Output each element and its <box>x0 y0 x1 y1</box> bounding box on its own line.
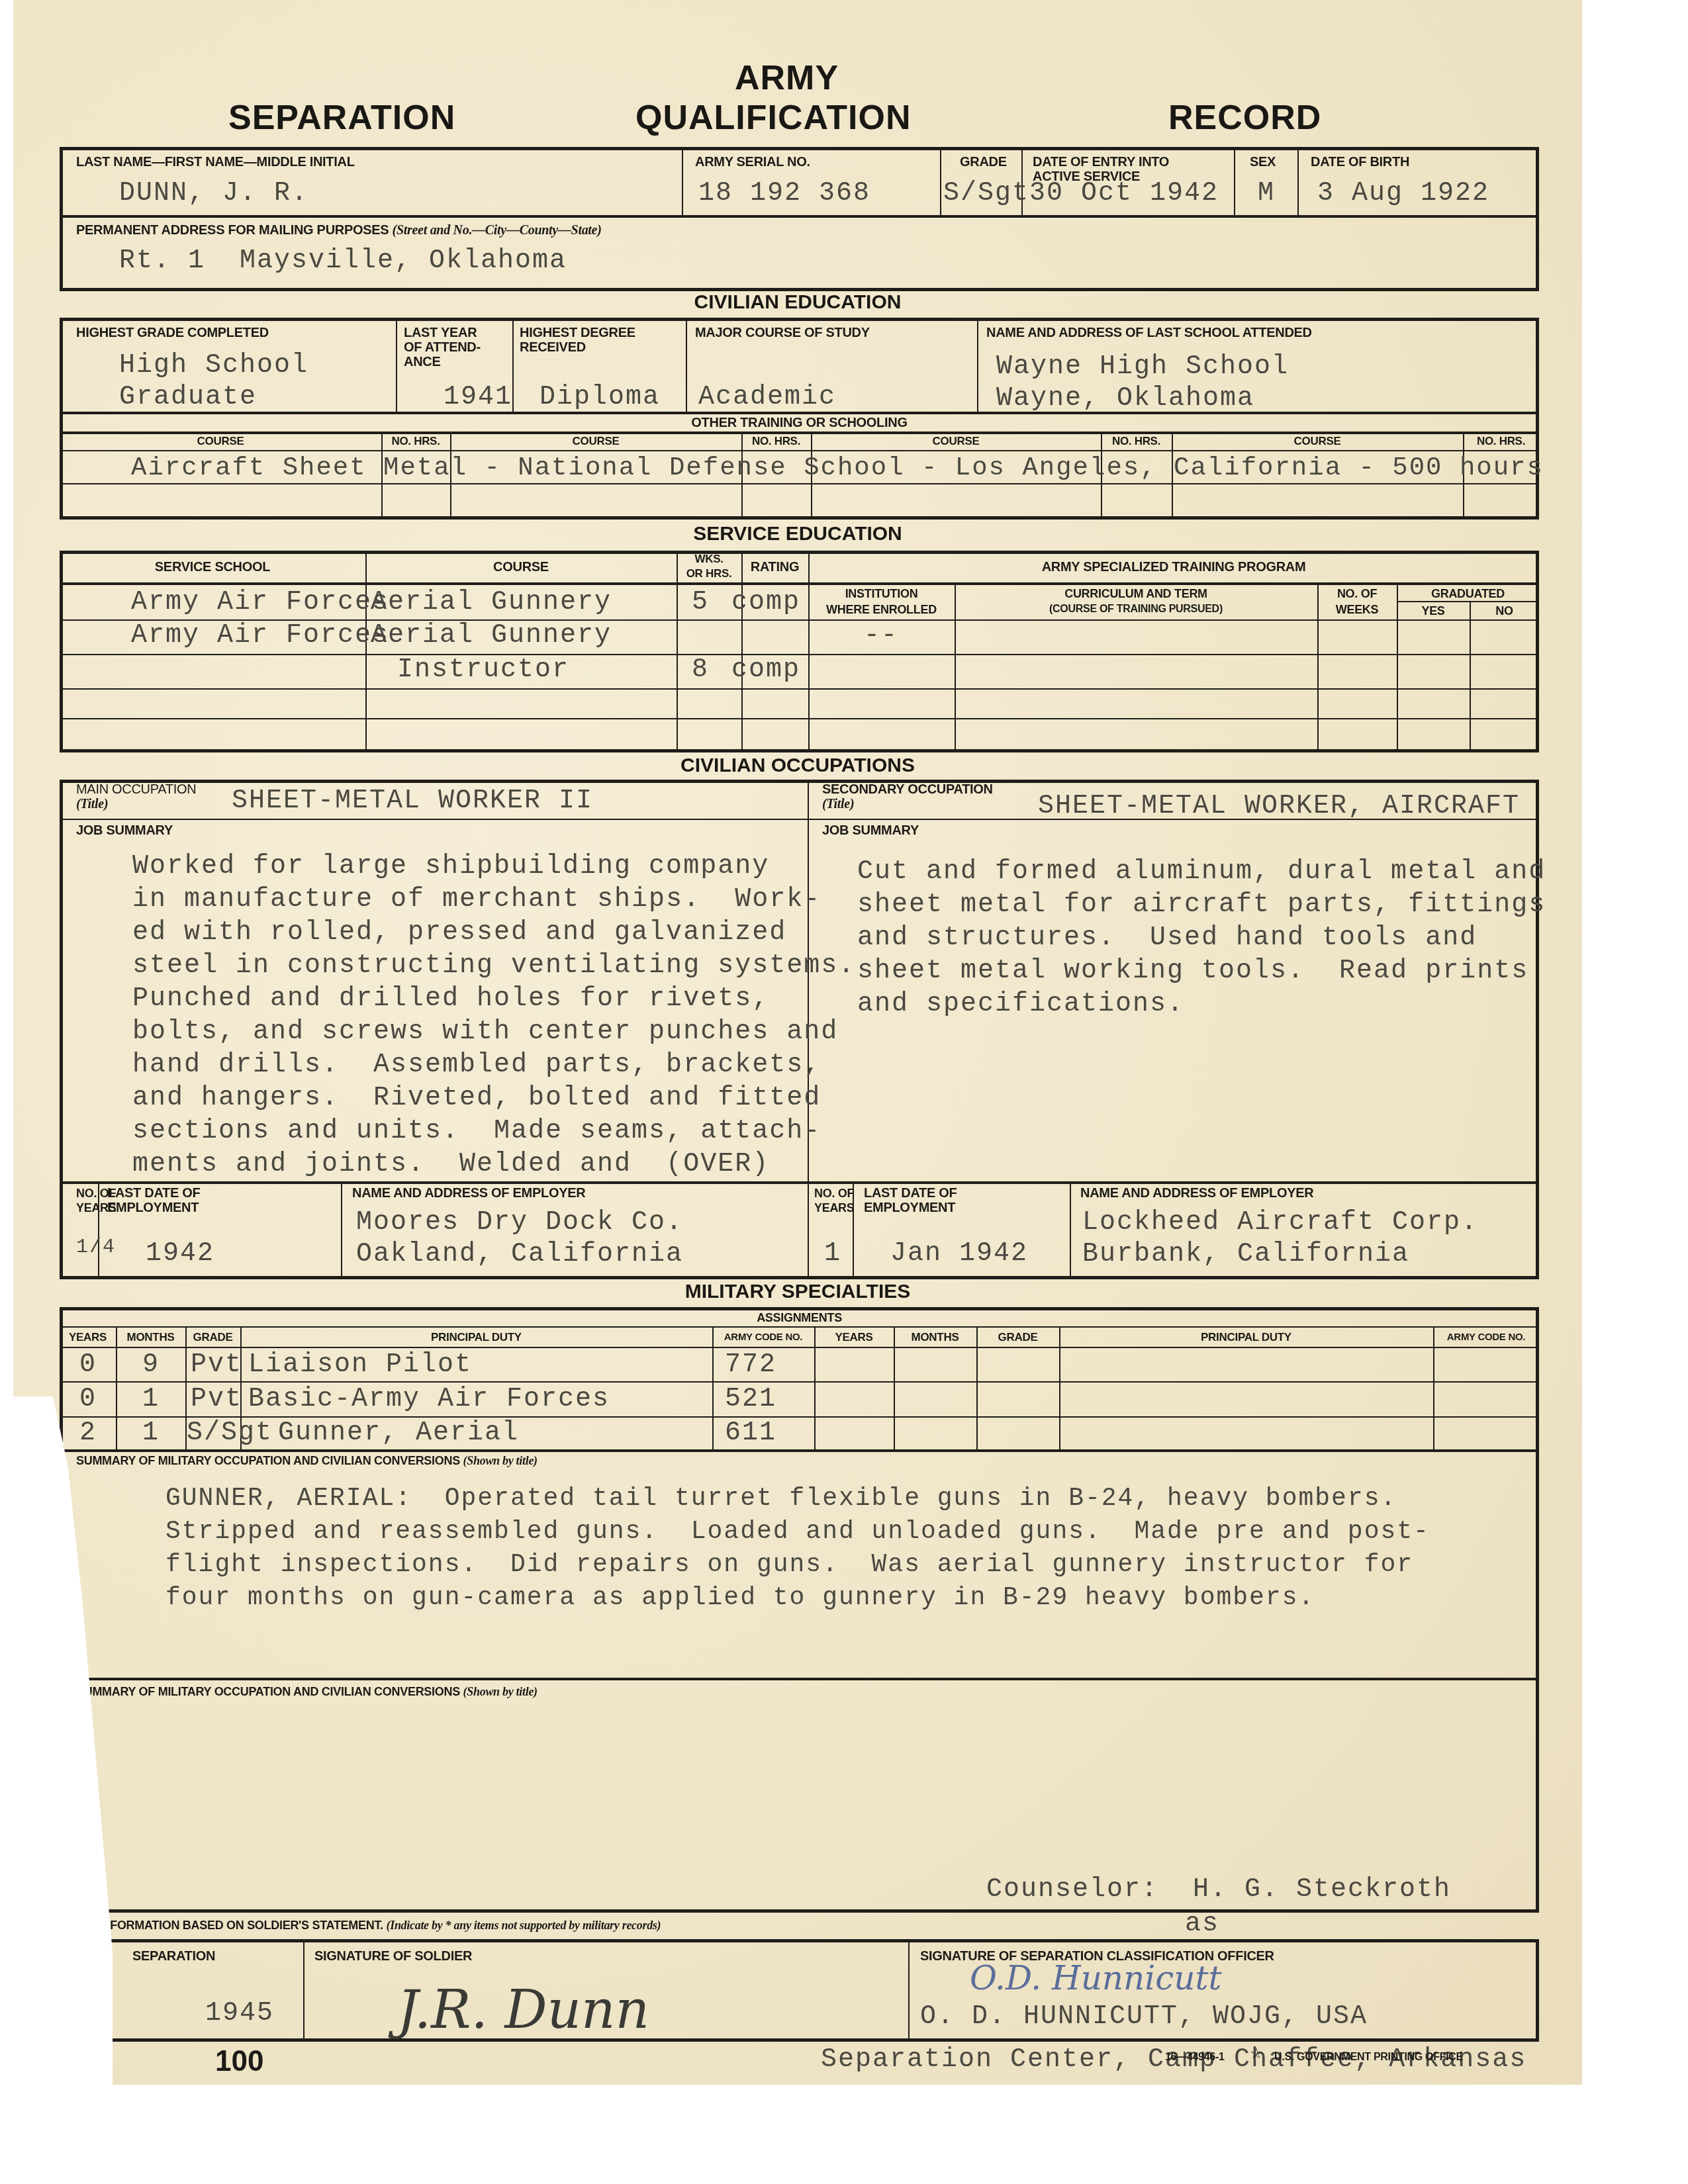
secondary-job-summary-text: Cut and formed aluminum, dural metal and… <box>857 856 1546 1021</box>
main-job-summary-label: JOB SUMMARY <box>76 823 173 838</box>
graduated-header: GRADUATED <box>1397 586 1539 601</box>
service-row-school: Army Air Forces <box>131 621 389 651</box>
dob-label: DATE OF BIRTH <box>1311 155 1409 169</box>
main-last-date-label-1: LAST DATE OF <box>107 1186 200 1201</box>
secondary-last-date-value: Jan 1942 <box>890 1239 1028 1269</box>
assignment-code: 772 <box>725 1350 776 1380</box>
last-year-value: 1941 <box>444 383 512 412</box>
mil-summary-text: GUNNER, AERIAL: Operated tail turret fle… <box>165 1482 1430 1615</box>
officer-name: O. D. HUNNICUTT, WOJG, USA <box>920 2002 1368 2032</box>
main-occupation-label: MAIN OCCUPATION <box>76 782 196 797</box>
major-label: MAJOR COURSE OF STUDY <box>695 326 870 340</box>
mil-summary-label: SUMMARY OF MILITARY OCCUPATION AND CIVIL… <box>76 1453 538 1468</box>
address-label: PERMANENT ADDRESS FOR MAILING PURPOSES (… <box>76 223 602 238</box>
secondary-last-date-label-1: LAST DATE OF <box>864 1186 957 1201</box>
mil-grade-header-left: GRADE <box>185 1330 240 1345</box>
assignment-code: 521 <box>725 1385 776 1414</box>
separation-date-label: SEPARATION <box>132 1949 215 1964</box>
print-code: 16—44946-1 <box>1165 2050 1225 2065</box>
assignment-grade: Pvt <box>191 1385 242 1414</box>
institution-header-1: INSTITUTION <box>808 586 955 601</box>
main-last-date-value: 1942 <box>146 1239 214 1269</box>
civilian-education-title: CIVILIAN EDUCATION <box>13 291 1582 314</box>
separation-year: 1945 <box>205 1999 274 2028</box>
highest-grade-line2: Graduate <box>119 383 257 412</box>
highest-grade-line1: High School <box>119 351 308 381</box>
assignment-months: 1 <box>142 1385 160 1414</box>
assignment-years: 0 <box>79 1385 97 1414</box>
service-row-course: Instructor <box>397 655 569 685</box>
service-row-wks: 8 <box>692 655 709 685</box>
service-row-wks: 5 <box>692 588 709 617</box>
hrs-header-2: No. HRS. <box>741 434 811 449</box>
grade-label: GRADE <box>960 155 1007 169</box>
last-year-label-3: ANCE <box>404 355 440 369</box>
course-header-4: COURSE <box>1172 434 1463 449</box>
assignment-grade: Pvt <box>191 1350 242 1380</box>
statement-label: HIS INFORMATION BASED ON SOLDIER'S STATE… <box>76 1918 661 1933</box>
main-employer-line1: Moores Dry Dock Co. <box>356 1208 683 1238</box>
main-last-date-label-2: EMPLOYMENT <box>107 1201 199 1215</box>
secondary-years-label-2: YEARS <box>814 1201 855 1215</box>
school-line1: Wayne High School <box>996 352 1289 382</box>
degree-label-2: RECEIVED <box>520 340 586 355</box>
document-page: ARMY SEPARATION QUALIFICATION RECORD LAS… <box>13 0 1582 2085</box>
secondary-occupation-value: SHEET-METAL WORKER, AIRCRAFT <box>1038 792 1520 821</box>
serial-value: 18 192 368 <box>698 179 870 208</box>
degree-label-1: HIGHEST DEGREE <box>520 326 635 340</box>
mil-code-header-left: ARMY CODE NO. <box>712 1330 814 1345</box>
rating-header: RATING <box>741 560 808 574</box>
form-number: 100 <box>215 2045 263 2078</box>
secondary-job-summary-label: JOB SUMMARY <box>822 823 919 838</box>
main-employer-label: NAME AND ADDRESS OF EMPLOYER <box>352 1186 585 1201</box>
service-school-header: SERVICE SCHOOL <box>60 560 365 574</box>
hrs-header-3: No. HRS. <box>1101 434 1172 449</box>
secondary-employer-line1: Lockheed Aircraft Corp. <box>1082 1208 1478 1238</box>
wks-header-2: OR HRS. <box>677 567 741 581</box>
printer-imprint: U.S. GOVERNMENT PRINTING OFFICE <box>1274 2050 1463 2065</box>
weeks-header-1: NO. OF <box>1317 586 1397 601</box>
secondary-years-value: 1 <box>824 1239 841 1269</box>
main-years-value: 1/4 <box>76 1236 116 1259</box>
serial-label: ARMY SERIAL NO. <box>695 155 810 169</box>
military-specialties-title: MILITARY SPECIALTIES <box>13 1281 1582 1303</box>
main-job-summary-text: Worked for large shipbuilding company in… <box>132 850 855 1181</box>
civilian-occupations-title: CIVILIAN OCCUPATIONS <box>13 754 1582 777</box>
course-header-2: COURSE <box>450 434 741 449</box>
mil-months-header-right: MONTHS <box>894 1330 976 1345</box>
other-training-title: OTHER TRAINING OR SCHOOLING <box>60 416 1539 430</box>
service-education-title: SERVICE EDUCATION <box>13 523 1582 545</box>
title-qualification: QUALIFICATION <box>635 98 911 138</box>
address-value: Rt. 1 Maysville, Oklahoma <box>119 246 567 276</box>
secondary-last-date-label-2: EMPLOYMENT <box>864 1201 955 1215</box>
title-separation: SEPARATION <box>228 98 455 138</box>
counselor-name: Counselor: H. G. Steckroth <box>986 1875 1451 1905</box>
assignment-years: 0 <box>79 1350 97 1380</box>
highest-grade-label: HIGHEST GRADE COMPLETED <box>76 326 269 340</box>
service-row-course: Aerial Gunnery <box>371 621 612 651</box>
secondary-employer-label: NAME AND ADDRESS OF EMPLOYER <box>1080 1186 1313 1201</box>
graduated-yes-header: YES <box>1397 604 1470 618</box>
course-header-1: COURSE <box>60 434 381 449</box>
secondary-occupation-label: SECONDARY OCCUPATION <box>822 782 993 797</box>
mil-years-header-right: YEARS <box>814 1330 894 1345</box>
service-row-institution: -- <box>864 621 898 651</box>
hrs-header-1: No. HRS. <box>381 434 450 449</box>
assignment-months: 9 <box>142 1350 160 1380</box>
entry-value: 30 Oct 1942 <box>1029 179 1219 208</box>
star-icon: ☆ <box>1250 2045 1263 2062</box>
main-occupation-value: SHEET-METAL WORKER II <box>232 786 593 816</box>
dob-value: 3 Aug 1922 <box>1317 179 1489 208</box>
service-course-header: COURSE <box>365 560 677 574</box>
sex-label: SEX <box>1250 155 1276 169</box>
wks-header-1: WKS. <box>677 552 741 567</box>
assignment-duty: Basic-Army Air Forces <box>248 1385 610 1414</box>
assignment-months: 1 <box>142 1418 160 1448</box>
title-army: ARMY <box>735 58 839 98</box>
major-value: Academic <box>698 383 836 412</box>
service-row-school: Army Air Forces <box>131 588 389 617</box>
assignment-code: 611 <box>725 1418 776 1448</box>
assignments-label: ASSIGNMENTS <box>60 1310 1539 1325</box>
officer-signature: O.D. Hunnicutt <box>970 1959 1222 1997</box>
mil-months-header-left: MONTHS <box>116 1330 185 1345</box>
graduated-no-header: NO <box>1470 604 1539 618</box>
curriculum-header-2: (COURSE OF TRAINING PURSUED) <box>955 602 1317 617</box>
weeks-header-2: WEEKS <box>1317 602 1397 617</box>
hrs-header-4: No. HRS. <box>1463 434 1539 449</box>
assignment-grade: S/Sgt <box>187 1418 273 1448</box>
title-record: RECORD <box>1168 98 1321 138</box>
service-row-rating: comp <box>731 588 800 617</box>
service-row-course: Aerial Gunnery <box>371 588 612 617</box>
name-value: DUNN, J. R. <box>119 179 308 208</box>
sex-value: M <box>1258 179 1275 208</box>
astp-header: ARMY SPECIALIZED TRAINING PROGRAM <box>808 560 1539 574</box>
assignment-duty: Liaison Pilot <box>248 1350 472 1380</box>
main-occupation-title-hint: (Title) <box>76 797 108 811</box>
statement-mark: as <box>1185 1909 1219 1939</box>
soldier-signature-label: SIGNATURE OF SOLDIER <box>314 1949 472 1964</box>
institution-header-2: WHERE ENROLLED <box>808 602 955 617</box>
mil-code-header-right: ARMY CODE NO. <box>1433 1330 1539 1345</box>
mil-duty-header-right: PRINCIPAL DUTY <box>1059 1330 1433 1345</box>
assignment-duty: Gunner, Aerial <box>278 1418 519 1448</box>
other-training-value: Aircraft Sheet Metal - National Defense … <box>131 453 1544 482</box>
main-employer-line2: Oakland, California <box>356 1240 683 1269</box>
last-year-label-2: OF ATTEND- <box>404 340 481 355</box>
name-label: LAST NAME—FIRST NAME—MIDDLE INITIAL <box>76 155 355 169</box>
school-label: NAME AND ADDRESS OF LAST SCHOOL ATTENDED <box>986 326 1312 340</box>
school-line2: Wayne, Oklahoma <box>996 384 1254 414</box>
grade-value: S/Sgt <box>943 179 1029 208</box>
mil-years-header-left: YEARS <box>60 1330 116 1345</box>
secondary-employer-line2: Burbank, California <box>1082 1240 1409 1269</box>
soldier-signature: J.R. Dunn <box>397 1979 649 2040</box>
last-year-label-1: LAST YEAR <box>404 326 477 340</box>
mil-duty-header-left: PRINCIPAL DUTY <box>240 1330 712 1345</box>
service-row-rating: comp <box>731 655 800 685</box>
degree-value: Diploma <box>539 383 660 412</box>
curriculum-header-1: CURRICULUM AND TERM <box>955 586 1317 601</box>
mil-summary2-label: SUMMARY OF MILITARY OCCUPATION AND CIVIL… <box>76 1684 538 1699</box>
mil-grade-header-right: GRADE <box>976 1330 1059 1345</box>
course-header-3: COURSE <box>811 434 1101 449</box>
secondary-occupation-title-hint: (Title) <box>822 797 854 811</box>
entry-label-1: DATE OF ENTRY INTO <box>1033 155 1169 169</box>
assignment-years: 2 <box>79 1418 97 1448</box>
secondary-years-label-1: NO. OF <box>814 1186 854 1201</box>
